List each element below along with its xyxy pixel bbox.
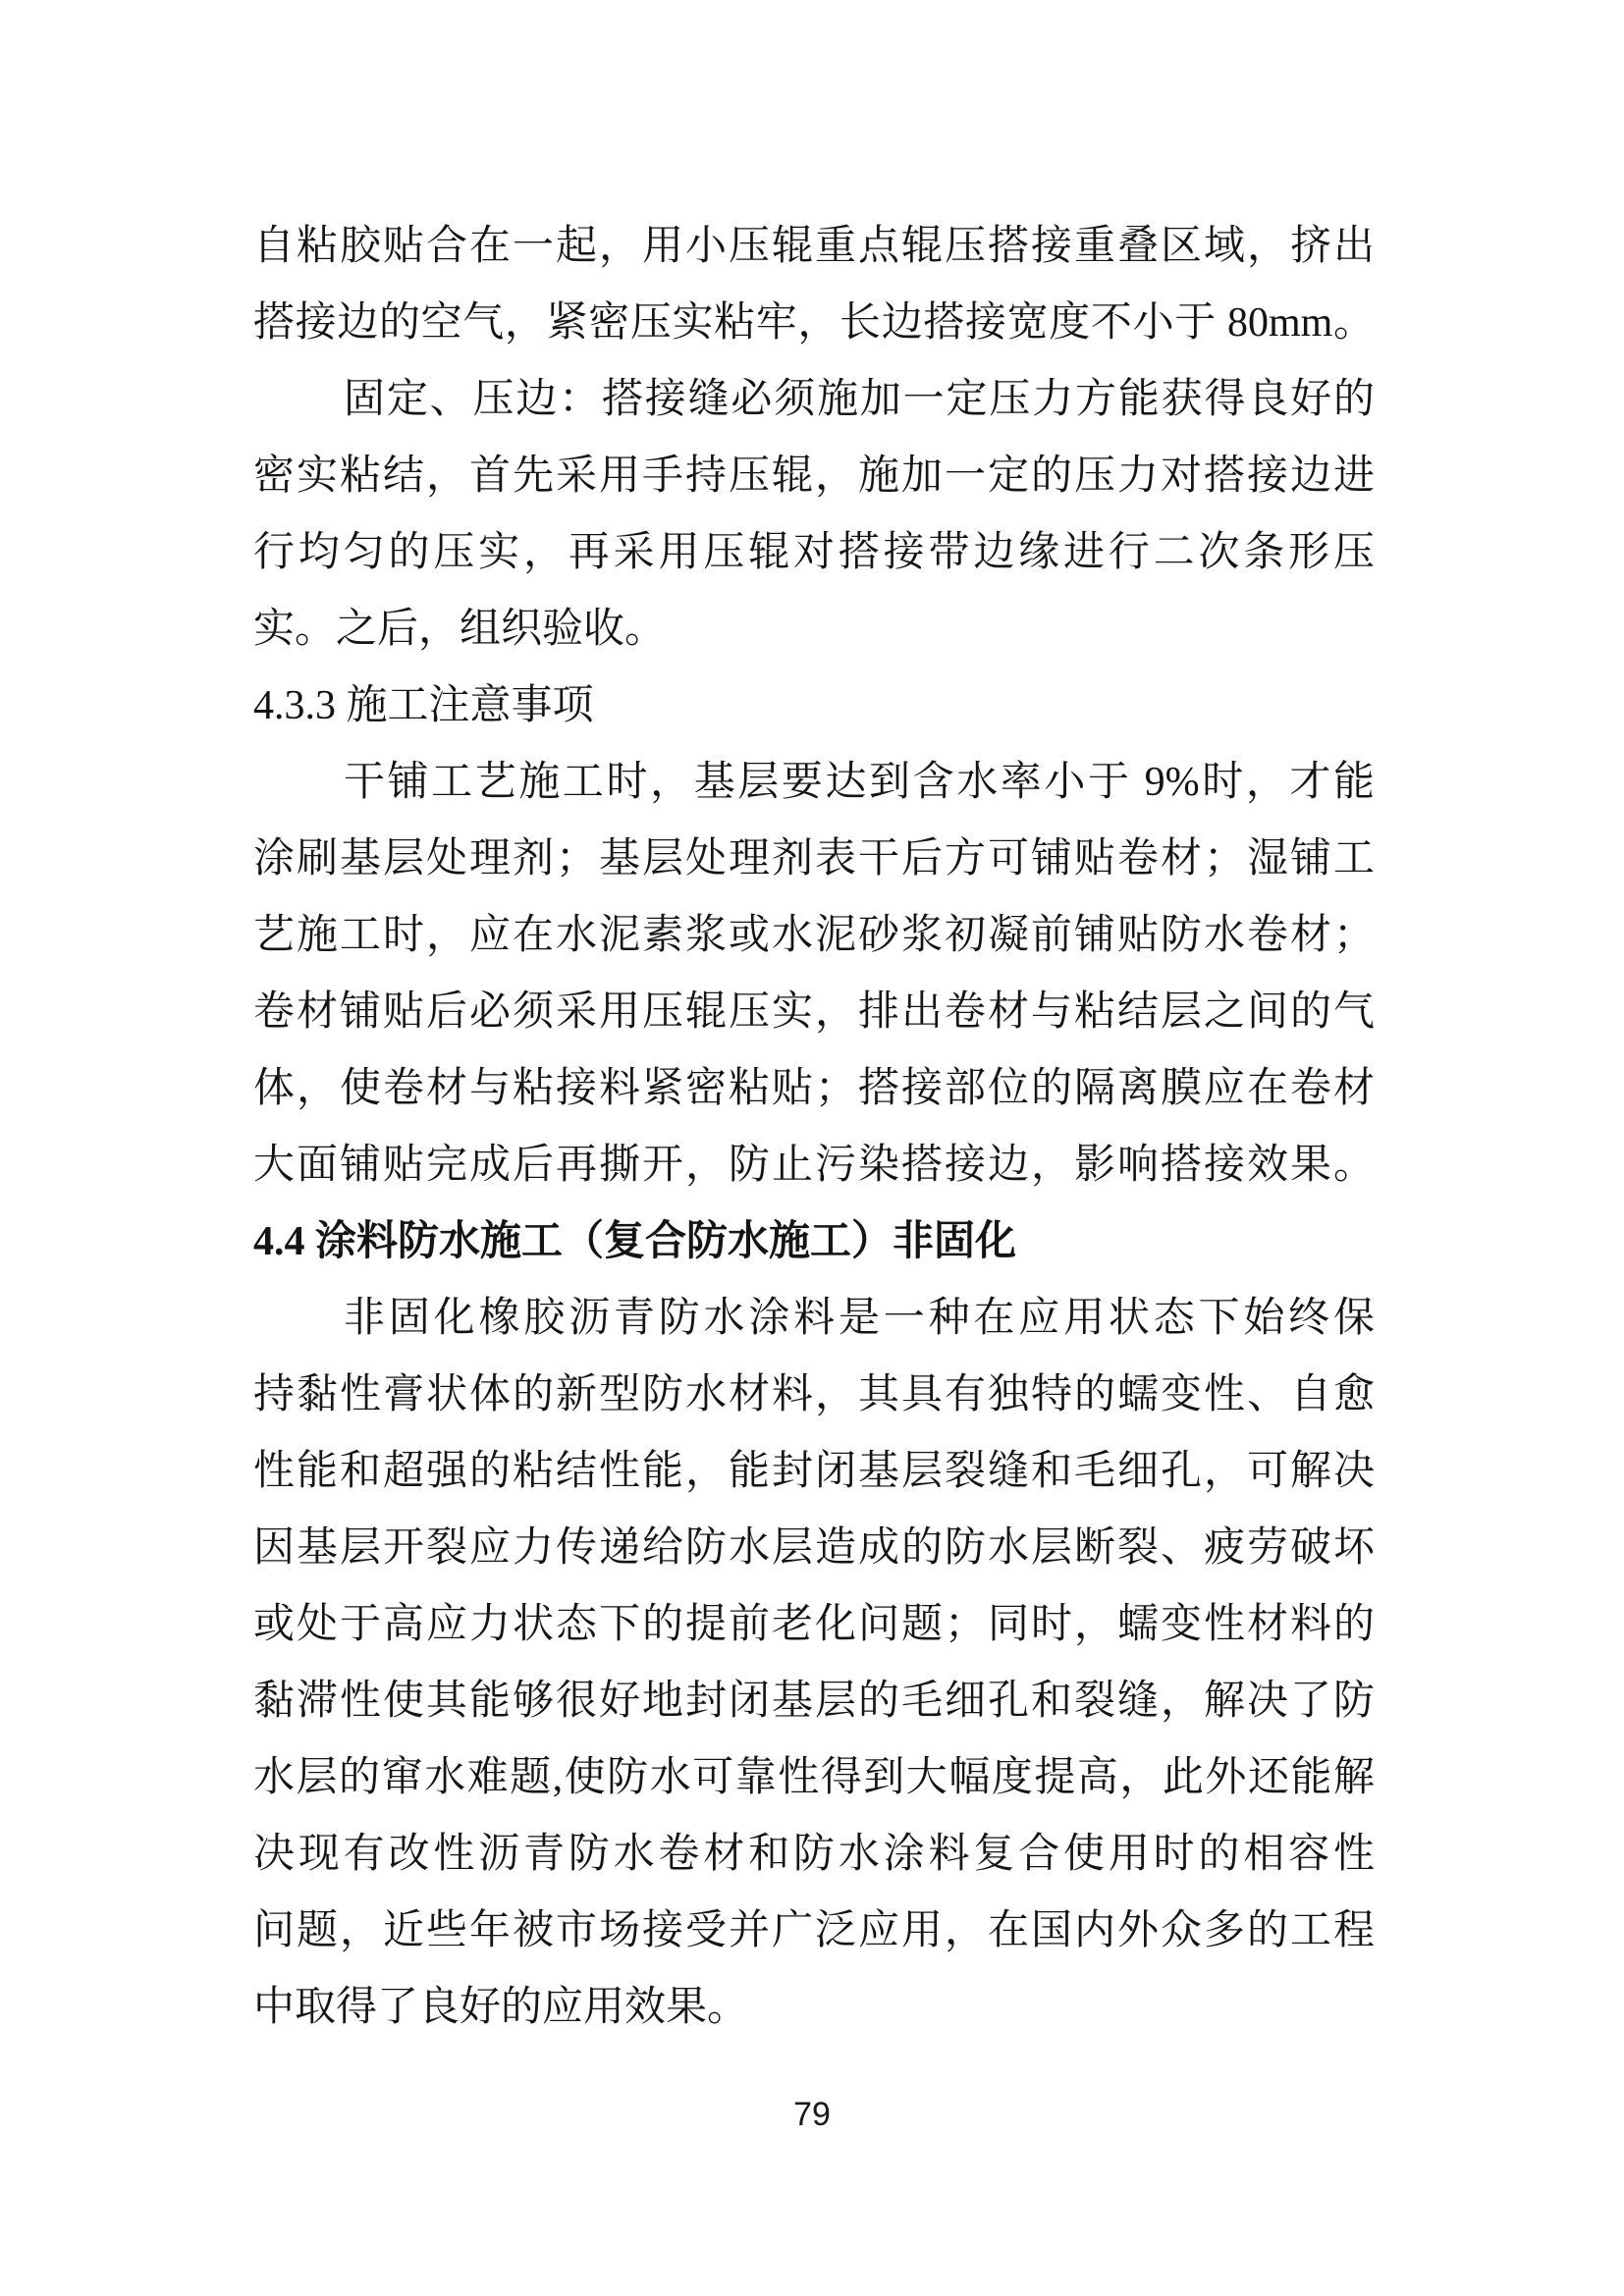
body-line: 决现有改性沥青防水卷材和防水涂料复合使用时的相容性 [253,1816,1375,1893]
body-line: 或处于高应力状态下的提前老化问题；同时，蠕变性材料的 [253,1586,1375,1663]
document-page: 自粘胶贴合在一起，用小压辊重点辊压搭接重叠区域，挤出 搭接边的空气，紧密压实粘牢… [0,0,1624,2296]
body-line: 持黏性膏状体的新型防水材料，其具有独特的蠕变性、自愈 [253,1357,1375,1433]
body-line: 实。之后，组织验收。 [253,591,1375,667]
body-line: 自粘胶贴合在一起，用小压辊重点辊压搭接重叠区域，挤出 [253,208,1375,285]
body-line: 黏滞性使其能够很好地封闭基层的毛细孔和裂缝，解决了防 [253,1663,1375,1739]
body-line: 水层的窜水难题,使防水可靠性得到大幅度提高，此外还能解 [253,1739,1375,1816]
body-line: 非固化橡胶沥青防水涂料是一种在应用状态下始终保 [253,1280,1375,1357]
body-line: 因基层开裂应力传递给防水层造成的防水层断裂、疲劳破坏 [253,1510,1375,1586]
body-line: 行均匀的压实，再采用压辊对搭接带边缘进行二次条形压 [253,514,1375,591]
body-line: 性能和超强的粘结性能，能封闭基层裂缝和毛细孔，可解决 [253,1433,1375,1510]
body-line: 问题，近些年被市场接受并广泛应用，在国内外众多的工程 [253,1893,1375,1969]
heading-4-4: 4.4 涂料防水施工（复合防水施工）非固化 [253,1203,1375,1280]
body-line: 卷材铺贴后必须采用压辊压实，排出卷材与粘结层之间的气 [253,974,1375,1050]
body-line: 艺施工时，应在水泥素浆或水泥砂浆初凝前铺贴防水卷材； [253,897,1375,974]
body-line: 干铺工艺施工时，基层要达到含水率小于 9%时，才能 [253,744,1375,821]
body-line: 体，使卷材与粘接料紧密粘贴；搭接部位的隔离膜应在卷材 [253,1050,1375,1127]
body-line: 搭接边的空气，紧密压实粘牢，长边搭接宽度不小于 80mm。 [253,285,1375,361]
heading-4-3-3: 4.3.3 施工注意事项 [253,667,1375,744]
body-line: 密实粘结，首先采用手持压辊，施加一定的压力对搭接边进 [253,438,1375,514]
body-line: 固定、压边：搭接缝必须施加一定压力方能获得良好的 [253,361,1375,438]
body-line: 中取得了良好的应用效果。 [253,1969,1375,2046]
text-block: 自粘胶贴合在一起，用小压辊重点辊压搭接重叠区域，挤出 搭接边的空气，紧密压实粘牢… [253,208,1375,2046]
page-number: 79 [0,2095,1624,2134]
body-line: 涂刷基层处理剂；基层处理剂表干后方可铺贴卷材；湿铺工 [253,821,1375,897]
body-line: 大面铺贴完成后再撕开，防止污染搭接边，影响搭接效果。 [253,1127,1375,1203]
